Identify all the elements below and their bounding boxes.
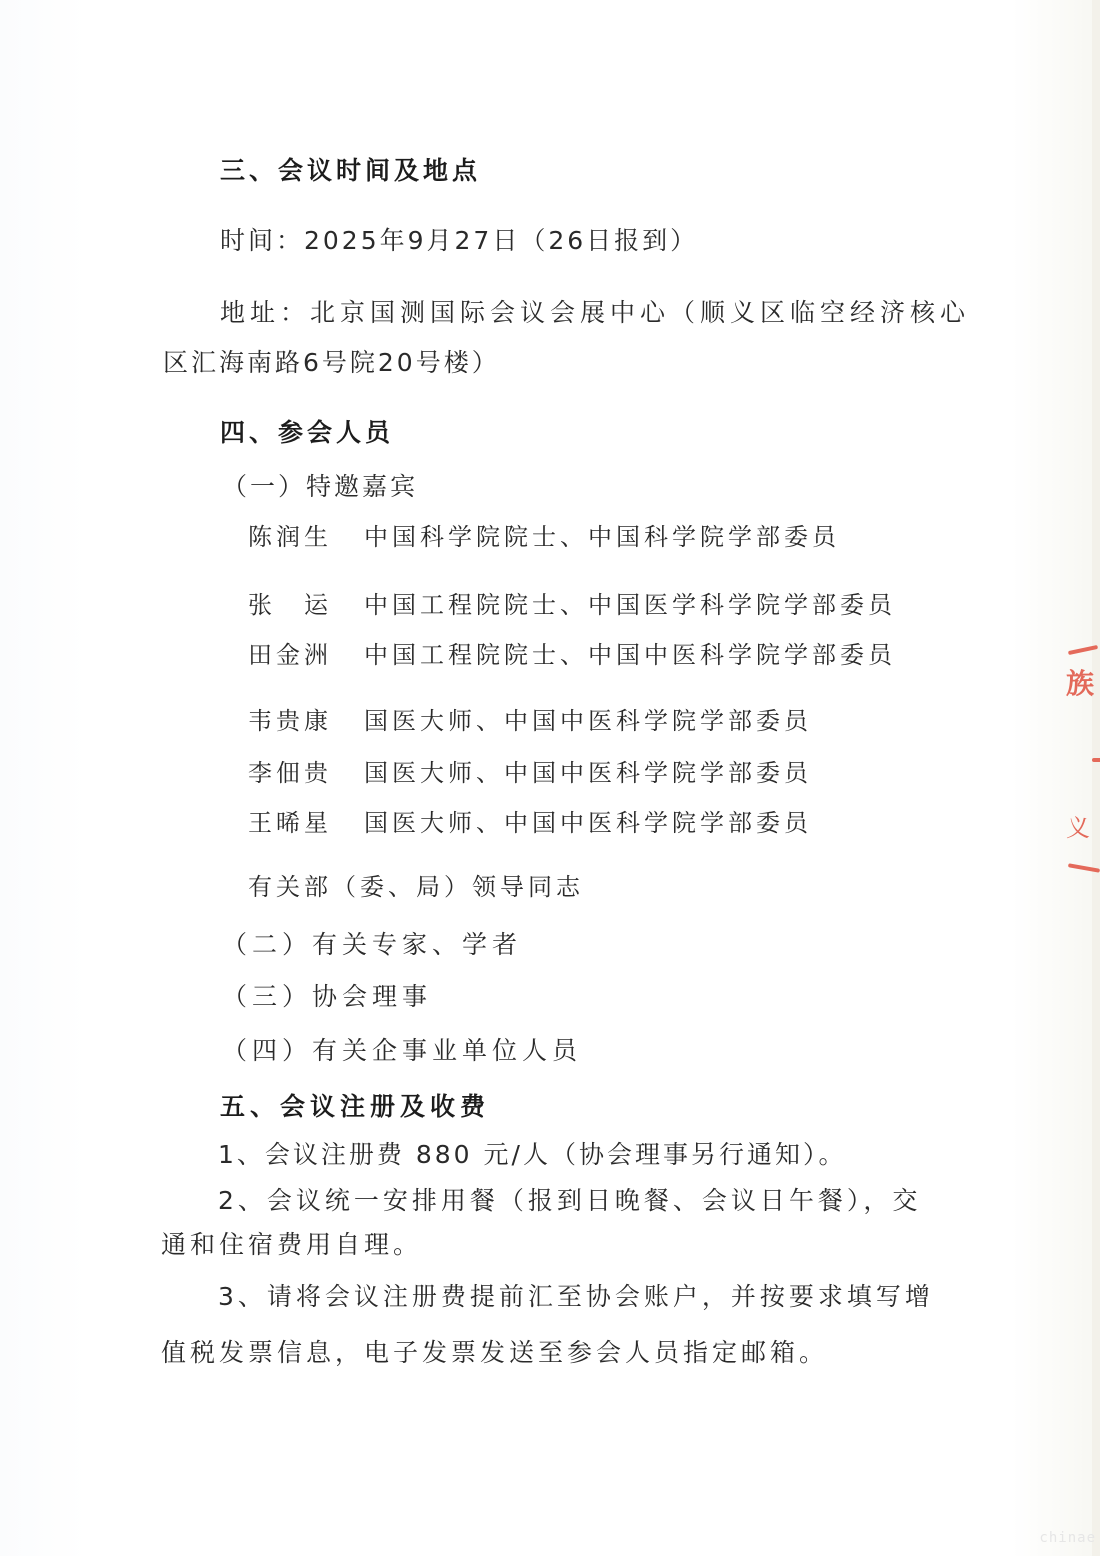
group-1-label: （一）特邀嘉宾 [222,472,418,502]
fee-item-1: 1、会议注册费 880 元/人（协会理事另行通知）。 [218,1140,846,1170]
guest-name: 张 运 [248,590,364,620]
meeting-address-line-1: 地址：北京国测国际会议会展中心（顺义区临空经济核心 [220,298,970,328]
guest-title: 国医大师、中国中医科学院学部委员 [364,758,812,788]
guest-name: 李佃贵 [248,758,364,788]
guest-name: 田金洲 [248,640,364,670]
leaders-line: 有关部（委、局）领导同志 [248,872,584,902]
meeting-time: 时间：2025年9月27日（26日报到） [220,226,698,256]
guest-name: 王晞星 [248,808,364,838]
official-seal-fragment: 族 义 [1062,640,1100,880]
guest-title: 中国科学院院士、中国科学院学部委员 [364,522,840,552]
guest-title: 中国工程院院士、中国医学科学院学部委员 [364,590,896,620]
guest-row: 李佃贵国医大师、中国中医科学院学部委员 [248,758,812,788]
guest-title: 国医大师、中国中医科学院学部委员 [364,706,812,736]
fee-item-2-line-2: 通和住宿费用自理。 [161,1230,422,1260]
watermark: chinae [1039,1530,1096,1546]
group-2-label: （二）有关专家、学者 [222,930,522,960]
section-3-heading: 三、会议时间及地点 [220,156,481,186]
seal-glyph: 义 [1066,808,1090,843]
document-page: 三、会议时间及地点 时间：2025年9月27日（26日报到） 地址：北京国测国际… [0,0,1100,1556]
seal-ring-arc [1092,758,1100,762]
fee-item-2-line-1: 2、会议统一安排用餐（报到日晚餐、会议日午餐），交 [218,1186,921,1216]
guest-name: 陈润生 [248,522,364,552]
meeting-address-line-2: 区汇海南路6号院20号楼） [163,348,500,378]
section-5-heading: 五、会议注册及收费 [220,1092,490,1122]
guest-title: 国医大师、中国中医科学院学部委员 [364,808,812,838]
guest-row: 张 运中国工程院院士、中国医学科学院学部委员 [248,590,896,620]
group-4-label: （四）有关企事业单位人员 [222,1036,582,1066]
seal-glyph: 族 [1066,662,1094,702]
fee-item-3-line-2: 值税发票信息，电子发票发送至参会人员指定邮箱。 [161,1338,828,1368]
seal-ring-arc [1068,645,1098,655]
seal-ring-arc [1068,863,1100,872]
guest-row: 韦贵康国医大师、中国中医科学院学部委员 [248,706,812,736]
guest-row: 王晞星国医大师、中国中医科学院学部委员 [248,808,812,838]
fee-item-3-line-1: 3、请将会议注册费提前汇至协会账户，并按要求填写增 [218,1282,934,1312]
guest-row: 田金洲中国工程院院士、中国中医科学院学部委员 [248,640,896,670]
guest-name: 韦贵康 [248,706,364,736]
section-4-heading: 四、参会人员 [220,418,394,448]
guest-title: 中国工程院院士、中国中医科学院学部委员 [364,640,896,670]
group-3-label: （三）协会理事 [222,982,432,1012]
guest-row: 陈润生中国科学院院士、中国科学院学部委员 [248,522,840,552]
